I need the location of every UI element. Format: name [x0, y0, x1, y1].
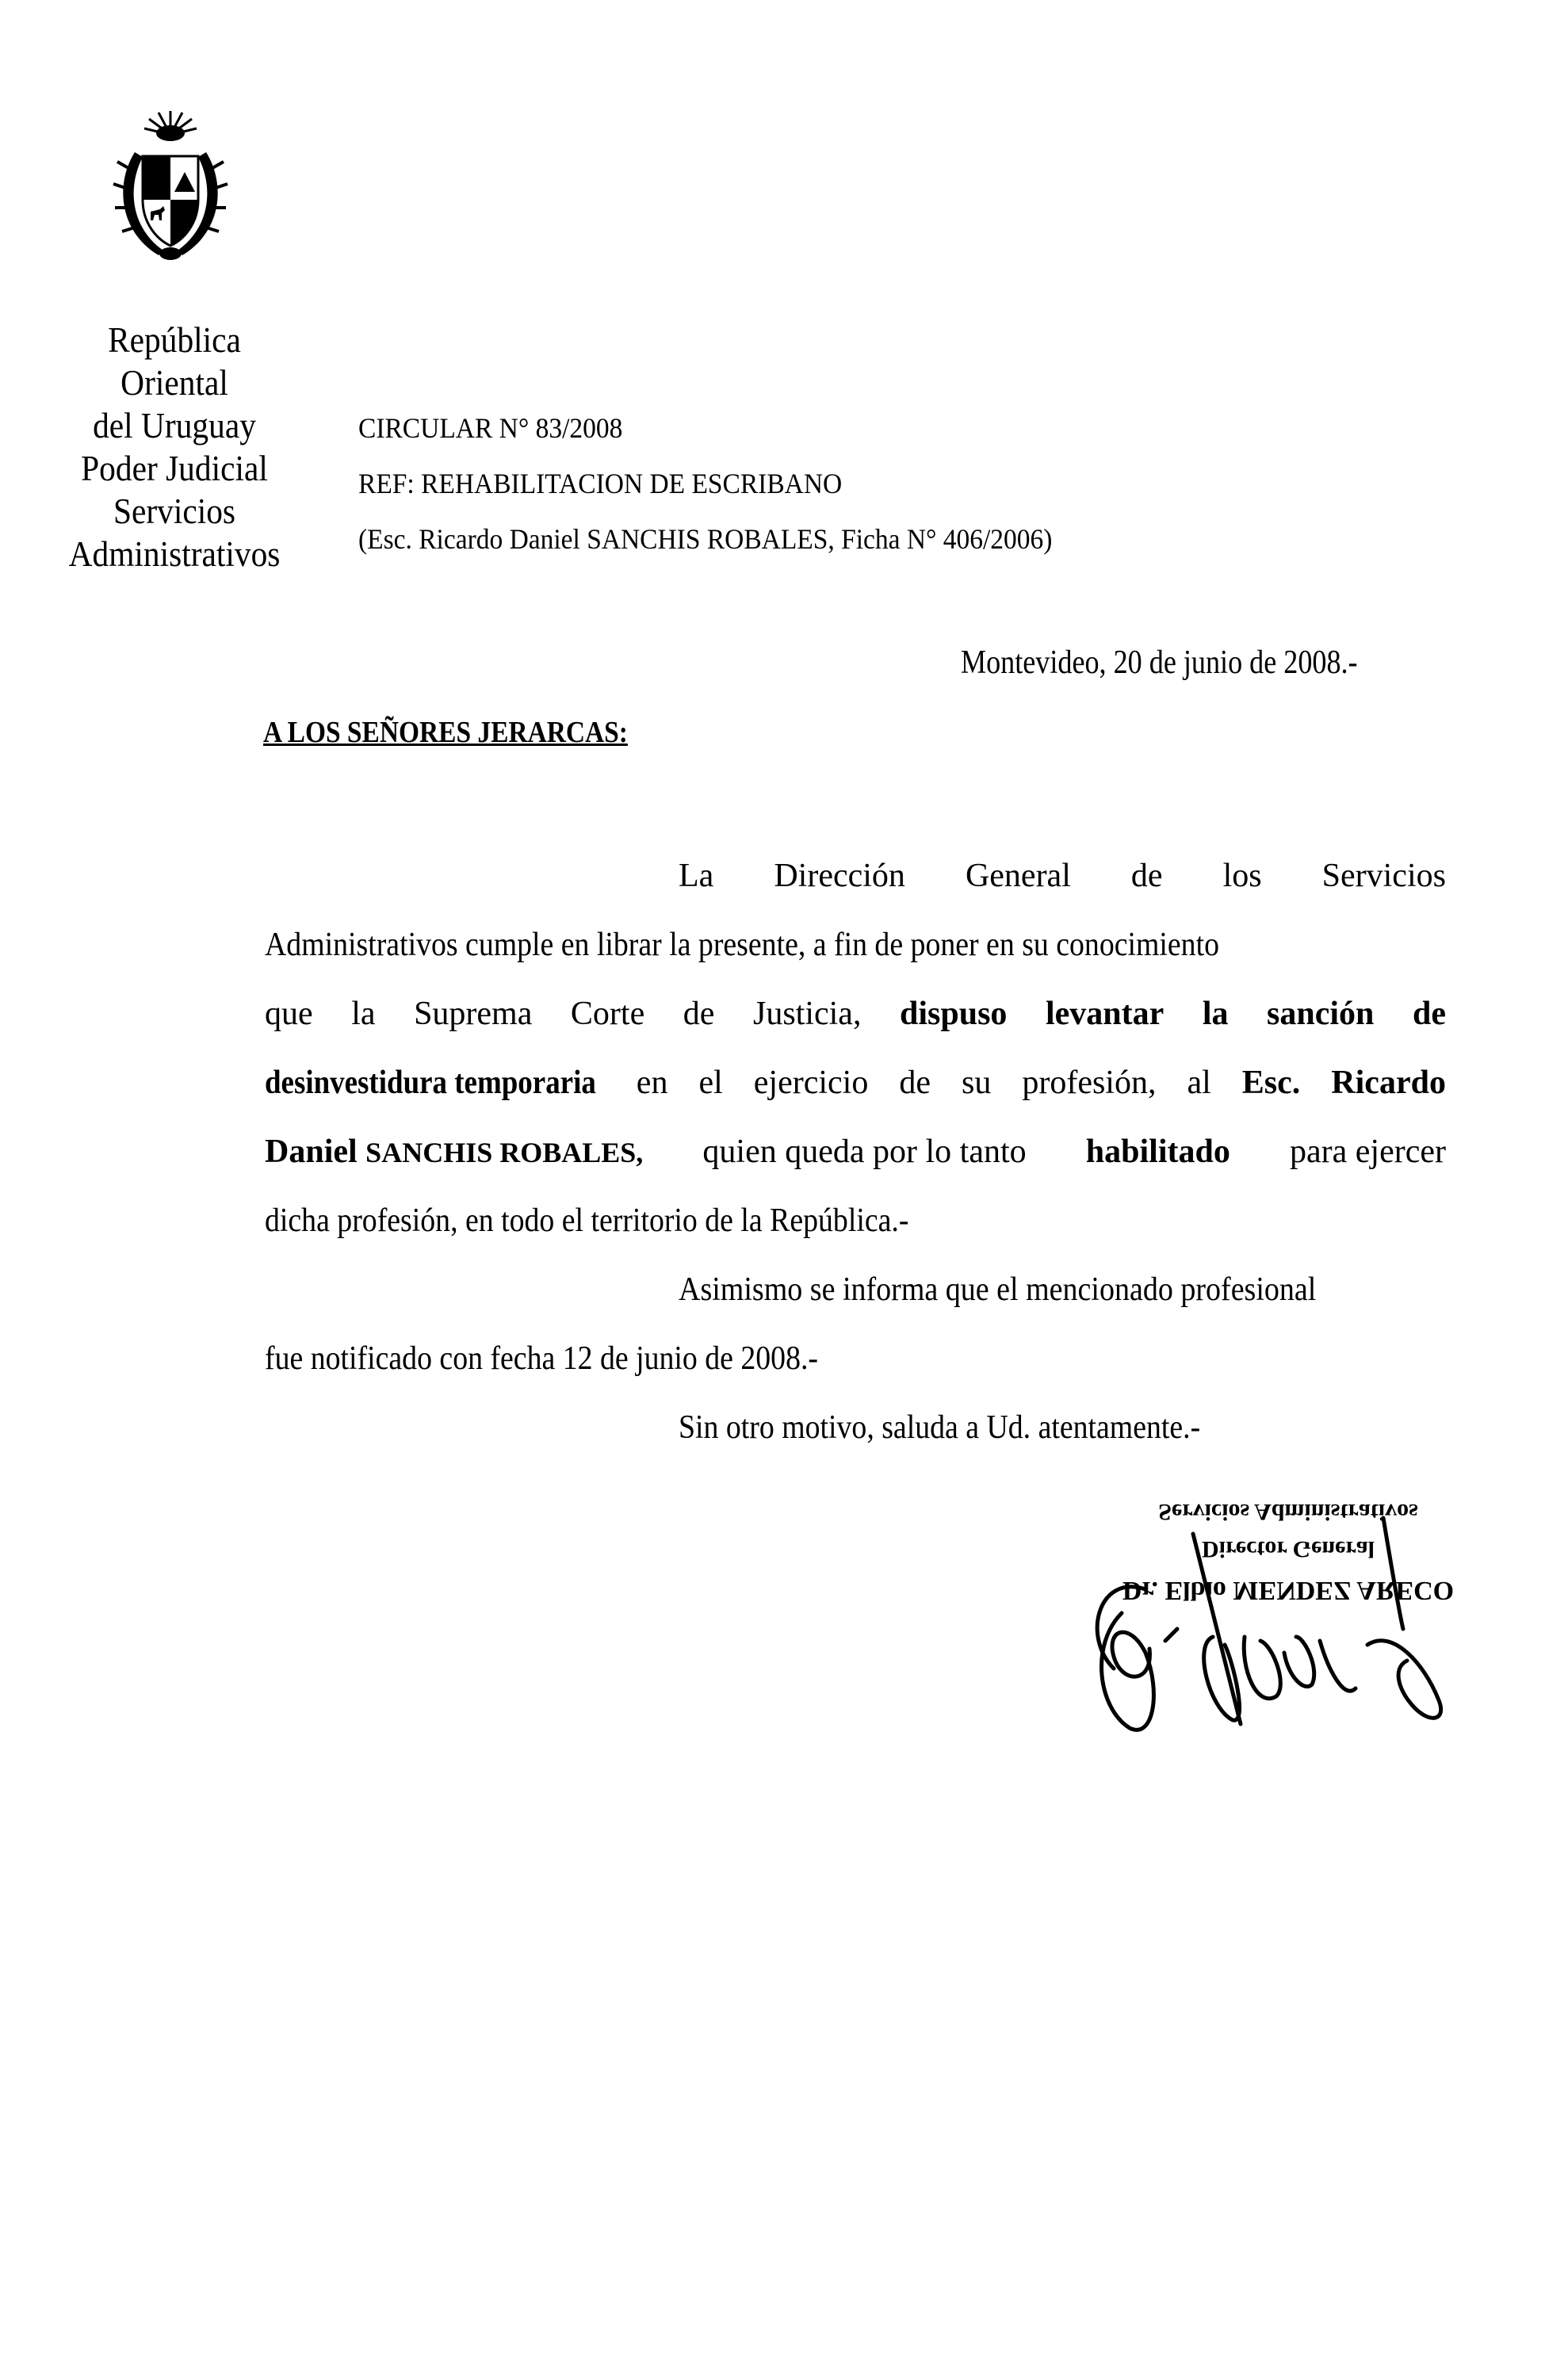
issuing-entity: República Oriental del Uruguay Poder Jud… — [43, 319, 305, 575]
body-text-segment: dicha profesión, en todo el territorio d… — [265, 1187, 908, 1256]
word: Servicios — [1322, 842, 1446, 911]
word: General — [966, 842, 1071, 911]
body-text-segment: para ejercer — [1290, 1118, 1446, 1187]
word: de — [899, 1049, 931, 1118]
bold-phrase: desinvestidura temporaria — [265, 1049, 596, 1118]
reference-subject: REF: REHABILITACION DE ESCRIBANO — [358, 456, 1052, 511]
word: Dirección — [774, 842, 905, 911]
circular-number: CIRCULAR N° 83/2008 — [358, 400, 1052, 456]
bold-word: sanción — [1267, 980, 1374, 1049]
body-line: Administrativos cumple en librar la pres… — [265, 911, 1446, 980]
handwritten-signature-icon — [1066, 1486, 1510, 1772]
word: en — [637, 1049, 668, 1118]
bold-word: habilitado — [1086, 1118, 1230, 1187]
word: al — [1187, 1049, 1210, 1118]
body-line: Asimismo se informa que el mencionado pr… — [265, 1256, 1446, 1325]
body-text-segment: quien queda por lo tanto — [702, 1118, 1026, 1187]
signature-block: Servicios Administrativos Director Gener… — [1066, 1486, 1510, 1772]
word: ejercicio — [754, 1049, 869, 1118]
bold-word: dispuso — [900, 980, 1007, 1049]
reference-detail: (Esc. Ricardo Daniel SANCHIS ROBALES, Fi… — [358, 511, 1052, 567]
bold-surname: SANCHIS ROBALES, — [365, 1137, 643, 1168]
word: el — [698, 1049, 722, 1118]
entity-line: Servicios — [43, 490, 305, 533]
word: los — [1223, 842, 1262, 911]
entity-line: del Uruguay — [43, 404, 305, 447]
date-line: Montevideo, 20 de junio de 2008.- — [961, 644, 1358, 682]
bold-word: Esc. — [1242, 1049, 1301, 1118]
closing-line: Sin otro motivo, saluda a Ud. atentament… — [265, 1394, 1446, 1462]
entity-line: República — [43, 319, 305, 361]
body-line: Daniel SANCHIS ROBALES, quien queda por … — [265, 1118, 1446, 1187]
bold-word: de — [1413, 980, 1446, 1049]
body-text-segment: Asimismo se informa que el mencionado pr… — [679, 1256, 1316, 1325]
letter-body: La Dirección General de los Servicios Ad… — [265, 842, 1446, 1462]
uruguay-coat-of-arms-icon — [111, 105, 230, 263]
entity-line: Oriental — [43, 361, 305, 404]
entity-line: Poder Judicial — [43, 447, 305, 490]
word: su — [962, 1049, 991, 1118]
word: que — [265, 980, 313, 1049]
word: Justicia, — [753, 980, 861, 1049]
body-line: desinvestidura temporaria en el ejercici… — [265, 1049, 1446, 1118]
bold-word: Ricardo — [1331, 1049, 1446, 1118]
word: la — [351, 980, 375, 1049]
name-segment: Daniel SANCHIS ROBALES, — [265, 1118, 643, 1187]
bold-word: Daniel — [265, 1134, 358, 1170]
entity-line: Administrativos — [43, 533, 305, 575]
word: La — [679, 842, 713, 911]
reference-block: CIRCULAR N° 83/2008 REF: REHABILITACION … — [358, 400, 1052, 567]
salutation: A LOS SEÑORES JERARCAS: — [263, 715, 628, 750]
word: Corte — [571, 980, 644, 1049]
bold-word: la — [1203, 980, 1229, 1049]
word: de — [683, 980, 715, 1049]
closing-text: Sin otro motivo, saluda a Ud. atentament… — [679, 1394, 1200, 1462]
body-line: La Dirección General de los Servicios — [265, 842, 1446, 911]
body-text-segment: fue notificado con fecha 12 de junio de … — [265, 1325, 818, 1394]
word: Suprema — [414, 980, 532, 1049]
word: profesión, — [1022, 1049, 1156, 1118]
word: de — [1131, 842, 1163, 911]
body-line: dicha profesión, en todo el territorio d… — [265, 1187, 1446, 1256]
body-line: que la Suprema Corte de Justicia, dispus… — [265, 980, 1446, 1049]
bold-word: levantar — [1046, 980, 1164, 1049]
document-page: República Oriental del Uruguay Poder Jud… — [0, 0, 1568, 2378]
body-text-segment: Administrativos cumple en librar la pres… — [265, 911, 1219, 980]
body-line: fue notificado con fecha 12 de junio de … — [265, 1325, 1446, 1394]
